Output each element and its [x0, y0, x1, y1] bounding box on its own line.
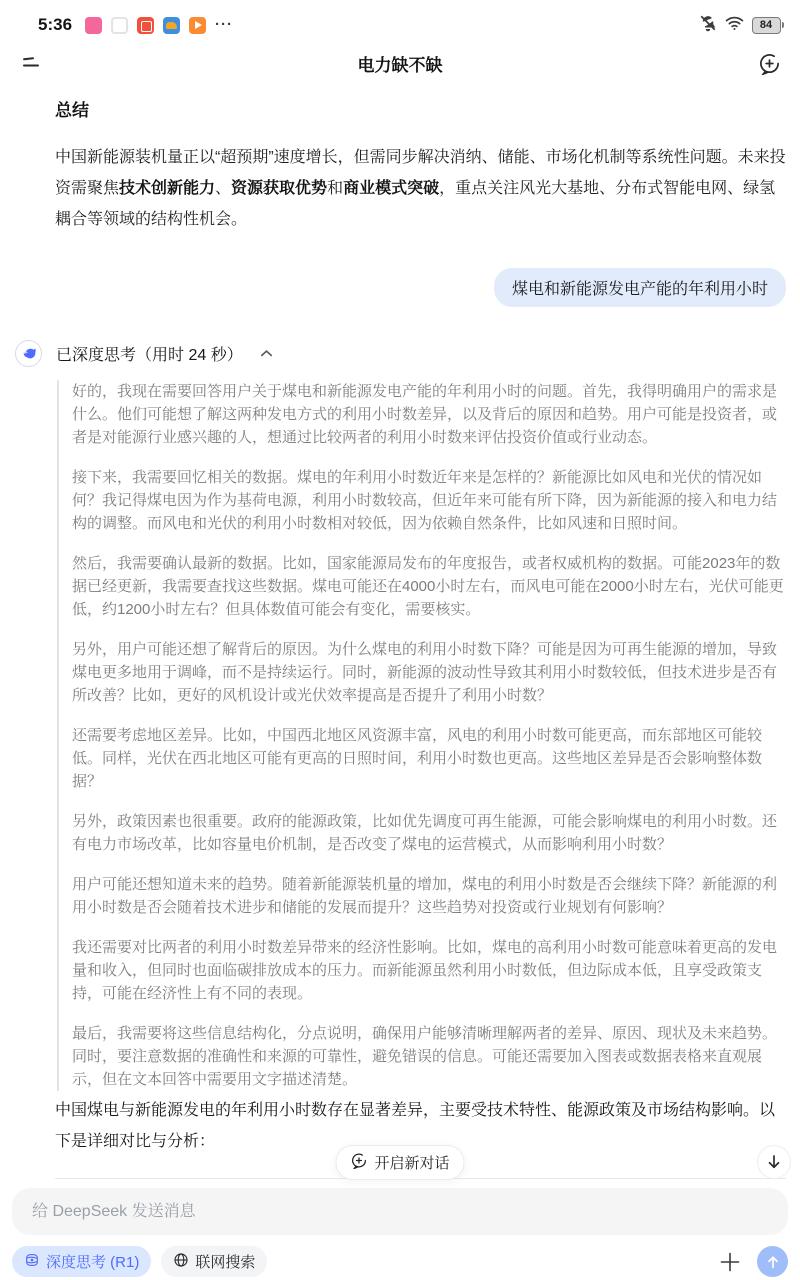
user-message-bubble: 煤电和新能源发电产能的年利用小时: [494, 268, 786, 307]
battery-indicator: 84: [752, 17, 785, 34]
notes-app-notification-icon: [111, 17, 128, 34]
page-title: 电力缺不缺: [0, 51, 800, 76]
thought-paragraph: 接下来，我需要回忆相关的数据。煤电的年利用小时数近年来是怎样的？新能源比如风电和…: [72, 466, 786, 535]
more-notifications-icon: ···: [215, 20, 233, 30]
thought-paragraph: 然后，我需要确认最新的数据。比如，国家能源局发布的年度报告，或者权威机构的数据。…: [72, 552, 786, 621]
status-bar: 5:36 ··· 8: [0, 0, 800, 42]
user-message-row: 煤电和新能源发电产能的年利用小时: [15, 268, 786, 307]
deepseek-whale-avatar: [15, 340, 42, 367]
thought-paragraph: 用户可能还想知道未来的趋势。随着新能源装机量的增加，煤电的利用小时数是否会继续下…: [72, 873, 786, 919]
deep-think-icon: [24, 1252, 40, 1272]
wifi-icon: [725, 15, 744, 36]
new-chat-icon[interactable]: [756, 50, 782, 76]
travel-app-notification-icon: [163, 17, 180, 34]
summary-paragraph: 中国新能源装机量正以“超预期”速度增长，但需同步解决消纳、储能、市场化机制等系统…: [55, 142, 786, 235]
arrow-up-icon: [765, 1254, 781, 1270]
scroll-to-bottom-button[interactable]: [757, 1145, 791, 1179]
thought-toggle[interactable]: 已深度思考（用时 24 秒）: [15, 340, 786, 367]
red-app-notification-icon: [137, 17, 154, 34]
app-header: 电力缺不缺: [0, 42, 800, 84]
deepseek-chat-screen: 5:36 ··· 8: [0, 0, 800, 1280]
deep-think-label: 深度思考 (R1): [46, 1251, 139, 1272]
summary-heading: 总结: [55, 96, 786, 121]
globe-icon: [173, 1252, 189, 1272]
floating-actions: 开启新对话: [0, 1145, 800, 1179]
message-input[interactable]: [30, 1202, 770, 1222]
assistant-summary-section: 总结 中国新能源装机量正以“超预期”速度增长，但需同步解决消纳、储能、市场化机制…: [55, 96, 786, 235]
thought-paragraph: 好的，我现在需要回答用户关于煤电和新能源发电产能的年利用小时的问题。首先，我得明…: [72, 380, 786, 449]
sidebar-menu-icon[interactable]: [18, 50, 44, 76]
thought-content: 好的，我现在需要回答用户关于煤电和新能源发电产能的年利用小时的问题。首先，我得明…: [57, 380, 786, 1091]
web-search-toggle[interactable]: 联网搜索: [161, 1246, 267, 1277]
message-composer: 深度思考 (R1) 联网搜索: [0, 1182, 800, 1280]
thought-paragraph: 我还需要对比两者的利用小时数差异带来的经济性影响。比如，煤电的高利用小时数可能意…: [72, 936, 786, 1005]
thought-paragraph: 另外，用户可能还想了解背后的原因。为什么煤电的利用小时数下降？可能是因为可再生能…: [72, 638, 786, 707]
video-app-notification-icon: [189, 17, 206, 34]
chevron-up-icon[interactable]: [259, 346, 274, 361]
thought-paragraph: 最后，我需要将这些信息结构化，分点说明，确保用户能够清晰理解两者的差异、原因、现…: [72, 1022, 786, 1091]
pink-app-notification-icon: [85, 17, 102, 34]
start-new-chat-button[interactable]: 开启新对话: [335, 1145, 464, 1180]
composer-toolbar: 深度思考 (R1) 联网搜索: [12, 1246, 788, 1277]
start-new-chat-label: 开启新对话: [374, 1152, 449, 1173]
battery-percent: 84: [752, 17, 781, 34]
new-dialog-icon: [350, 1152, 367, 1173]
thought-paragraph: 另外，政策因素也很重要。政府的能源政策，比如优先调度可再生能源，可能会影响煤电的…: [72, 810, 786, 856]
message-input-container[interactable]: [12, 1188, 788, 1235]
send-button[interactable]: [757, 1246, 788, 1277]
chat-scroll-area: 总结 中国新能源装机量正以“超预期”速度增长，但需同步解决消纳、储能、市场化机制…: [0, 84, 800, 1268]
bell-muted-icon: [699, 14, 717, 37]
thought-paragraph: 还需要考虑地区差异。比如，中国西北地区风资源丰富，风电的利用小时数可能更高，而东…: [72, 724, 786, 793]
arrow-down-icon: [765, 1153, 783, 1171]
deep-think-toggle[interactable]: 深度思考 (R1): [12, 1246, 151, 1277]
web-search-label: 联网搜索: [195, 1251, 255, 1272]
clock-time: 5:36: [38, 15, 72, 35]
attach-plus-icon[interactable]: [717, 1249, 743, 1275]
thought-duration-label: 已深度思考（用时 24 秒）: [56, 342, 243, 365]
